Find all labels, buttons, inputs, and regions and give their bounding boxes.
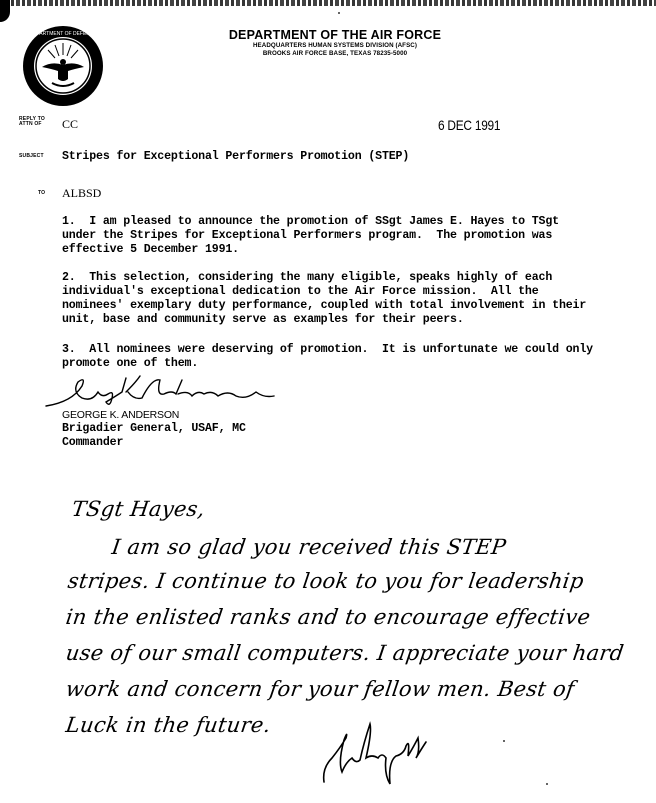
letterhead-title: DEPARTMENT OF THE AIR FORCE (200, 28, 470, 42)
to-value: ALBSD (62, 186, 101, 201)
to-label: To (38, 191, 45, 196)
note-line-5: work and concern for your fellow men. Be… (64, 672, 577, 706)
note-signature (318, 718, 448, 788)
department-of-defense-seal-icon: DEPARTMENT OF DEFENSE (22, 25, 104, 107)
paragraph-3: 3. All nominees were deserving of promot… (62, 343, 622, 371)
note-line-4: use of our small computers. I appreciate… (64, 636, 626, 670)
scan-speck (546, 783, 548, 785)
paragraph-1: 1. I am pleased to announce the promotio… (62, 215, 622, 257)
subject-value: Stripes for Exceptional Performers Promo… (62, 150, 409, 164)
svg-text:DEPARTMENT OF DEFENSE: DEPARTMENT OF DEFENSE (29, 31, 97, 37)
note-line-1: I am so glad you received this STEP (110, 530, 509, 564)
subject-label: Subject (19, 154, 44, 159)
signer-role: Commander (62, 436, 246, 450)
letter-date: 6 DEC 1991 (438, 117, 500, 133)
reply-to-value: CC (62, 117, 78, 132)
note-salutation: TSgt Hayes, (70, 492, 208, 526)
letterhead: DEPARTMENT OF THE AIR FORCE HEADQUARTERS… (200, 28, 470, 58)
paragraph-2: 2. This selection, considering the many … (62, 271, 622, 327)
scan-speck (338, 12, 340, 14)
note-line-6: Luck in the future. (64, 708, 273, 742)
signer-name: GEORGE K. ANDERSON (62, 408, 246, 422)
note-line-3: in the enlisted ranks and to encourage e… (64, 600, 593, 634)
signature-block: GEORGE K. ANDERSON Brigadier General, US… (62, 408, 246, 450)
letterhead-unit: HEADQUARTERS HUMAN SYSTEMS DIVISION (AFS… (200, 42, 470, 50)
scan-speck (503, 740, 505, 742)
scan-edge-artifact (0, 0, 656, 6)
reply-to-label: Reply to Attn of (19, 117, 45, 127)
note-line-2: stripes. I continue to look to you for l… (66, 564, 586, 598)
scan-corner-artifact (0, 0, 10, 22)
signer-title: Brigadier General, USAF, MC (62, 422, 246, 436)
letterhead-address: BROOKS AIR FORCE BASE, TEXAS 78235-5000 (200, 50, 470, 58)
commander-signature (42, 372, 282, 412)
